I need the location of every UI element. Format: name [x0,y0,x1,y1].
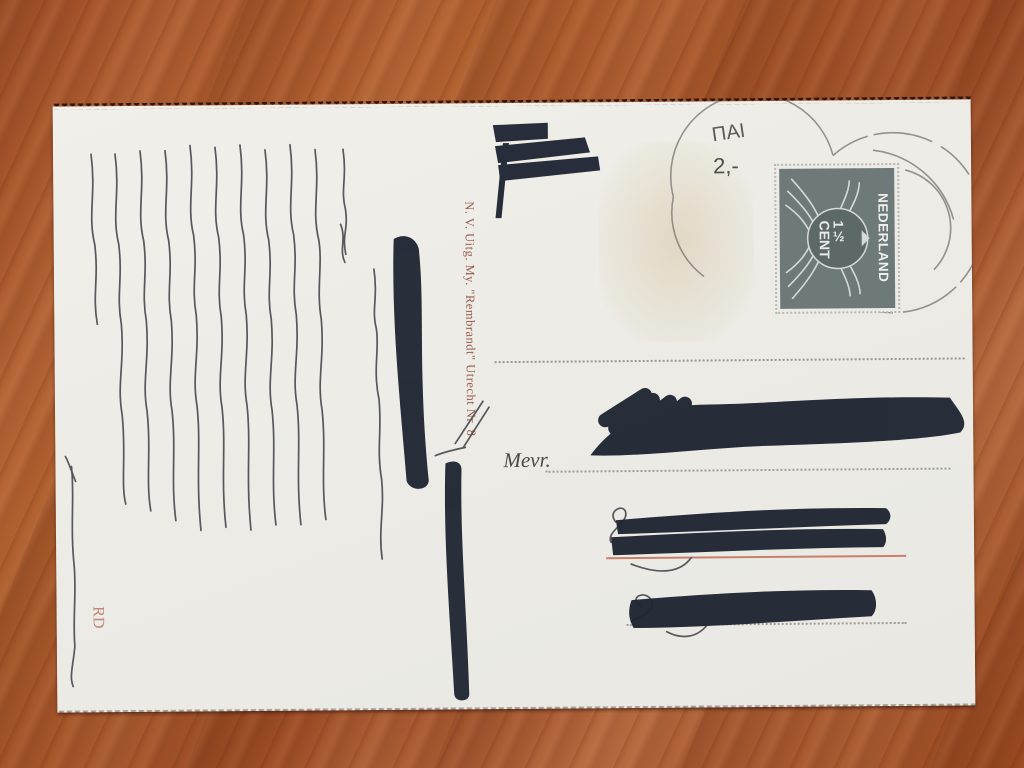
handwritten-message [53,99,976,712]
postcard: ΠΑΙ 2,- 1½ CENT NEDERLAND N. V. Uitg. [53,99,976,712]
publisher-monogram: RD [89,606,107,628]
